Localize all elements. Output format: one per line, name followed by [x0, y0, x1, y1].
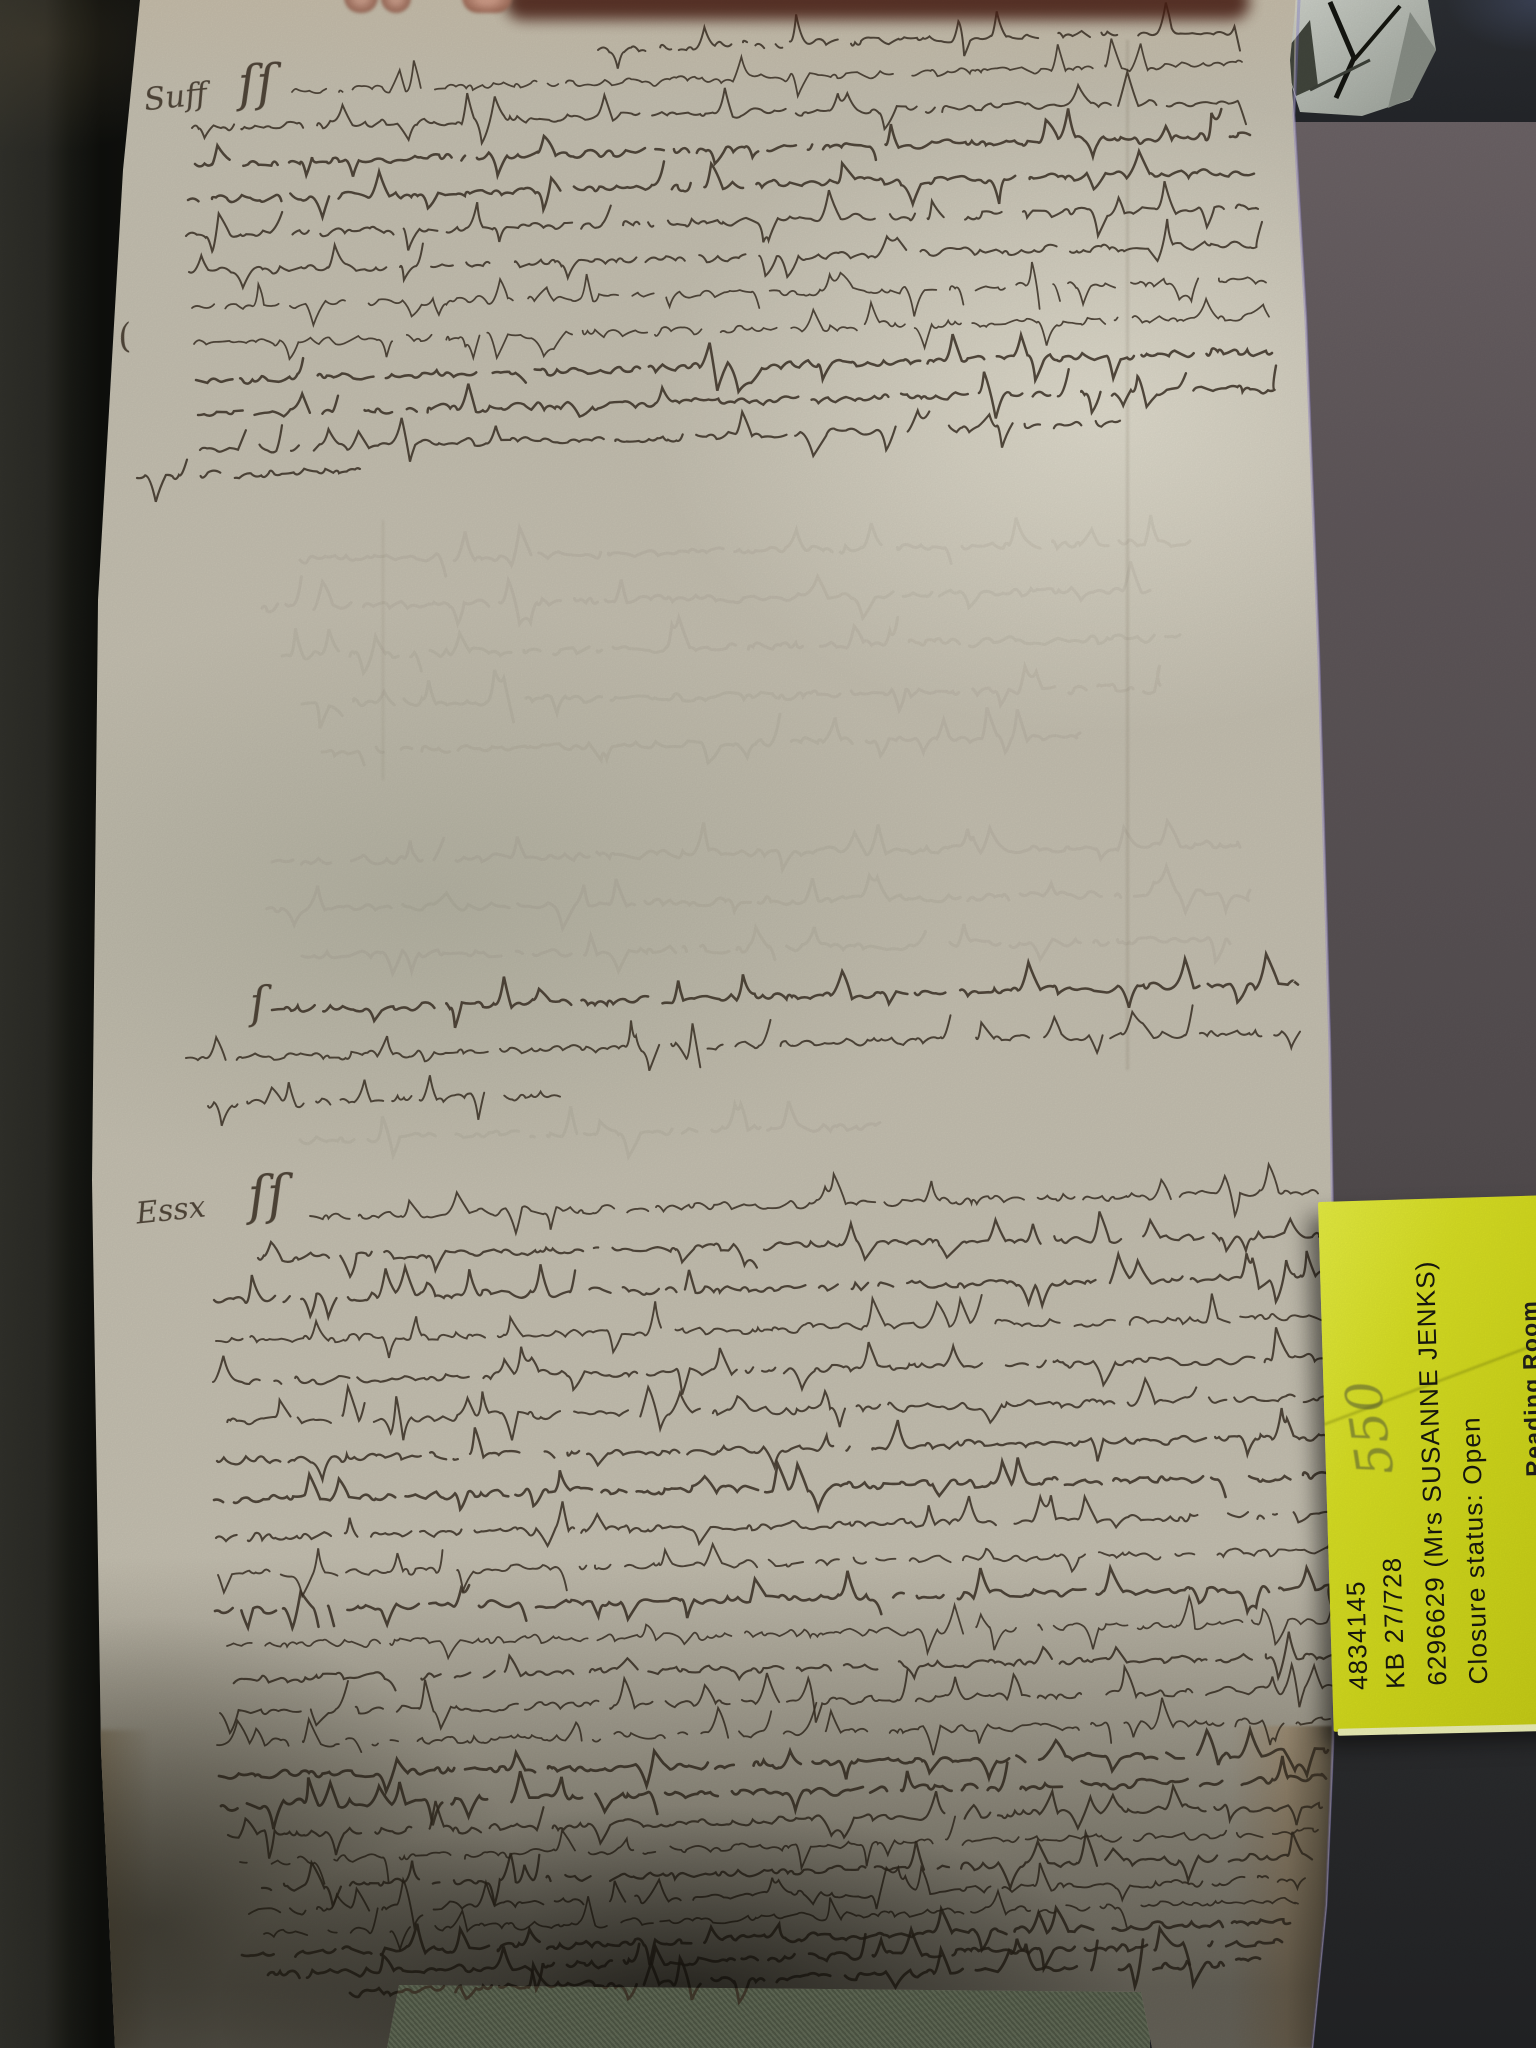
hand-shadow — [505, 0, 1250, 20]
slip-reader-number-name: 6296629 (Mrs SUSANNE JENKS) — [1412, 1260, 1451, 1686]
slip-reading-room-label: Reading Room — [1518, 1300, 1536, 1477]
slip-closure-status: Closure status: Open — [1457, 1416, 1491, 1685]
pencil-annotation: 550 — [1338, 1377, 1402, 1479]
vertical-crease — [1126, 40, 1129, 1070]
top-right-shadow-area — [1262, 0, 1536, 122]
slip-barcode-number: 4834145 — [1342, 1580, 1371, 1690]
archive-photo: Suffſſ(ſEssxſſ 4834145 KB 27/728 6296629… — [0, 0, 1536, 2048]
slip-catalogue-reference: KB 27/728 — [1379, 1556, 1409, 1689]
document-request-slip: 4834145 KB 27/728 6296629 (Mrs SUSANNE J… — [1318, 1195, 1536, 1732]
vertical-crease — [382, 520, 384, 780]
